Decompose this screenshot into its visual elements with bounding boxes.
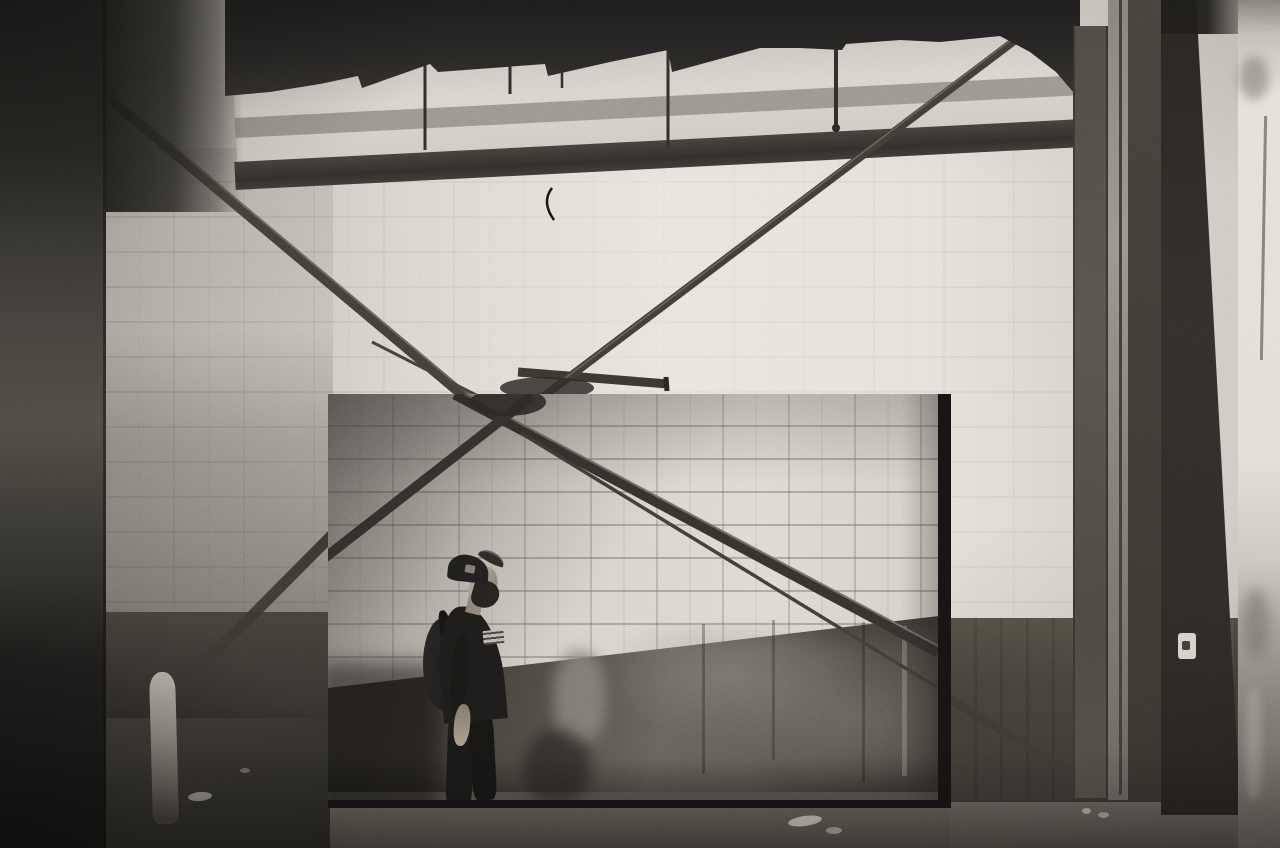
photo-canvas	[0, 0, 1280, 848]
film-grain-overlay	[0, 0, 1280, 848]
